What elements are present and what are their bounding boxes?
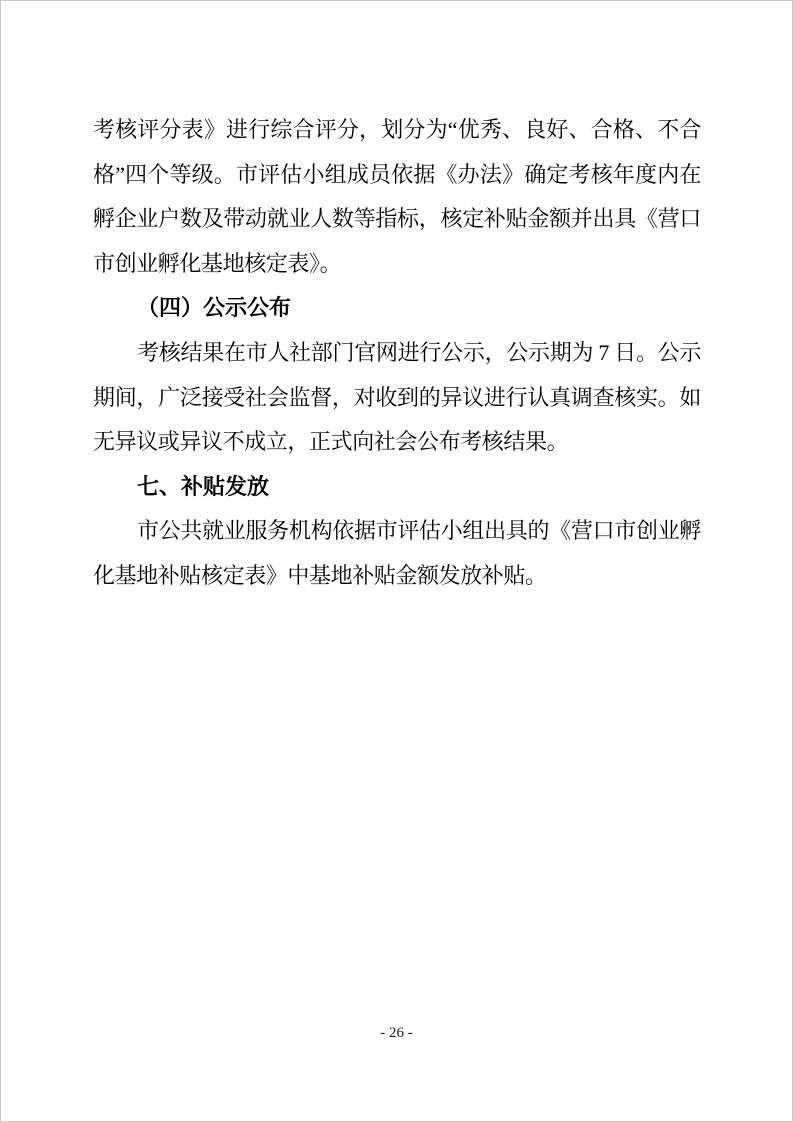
document-text-area: 考核评分表》进行综合评分，划分为“优秀、良好、合格、不合格”四个等级。市评估小组…: [93, 108, 701, 599]
document-page: 考核评分表》进行综合评分，划分为“优秀、良好、合格、不合格”四个等级。市评估小组…: [0, 0, 793, 1122]
section-heading-public-announcement: （四）公示公布: [93, 286, 701, 331]
paragraph-subsidy-body: 市公共就业服务机构依据市评估小组出具的《营口市创业孵化基地补贴核定表》中基地补贴…: [93, 509, 701, 598]
paragraph-continuation: 考核评分表》进行综合评分，划分为“优秀、良好、合格、不合格”四个等级。市评估小组…: [93, 108, 701, 286]
page-number: - 26 -: [1, 1023, 792, 1043]
paragraph-announcement-body: 考核结果在市人社部门官网进行公示，公示期为 7 日。公示期间，广泛接受社会监督，…: [93, 331, 701, 465]
section-heading-subsidy-distribution: 七、补贴发放: [93, 465, 701, 510]
